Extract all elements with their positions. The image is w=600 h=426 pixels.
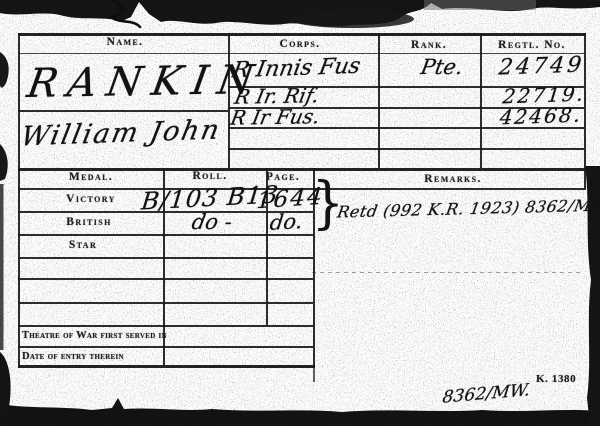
roll-column-header: Roll. (170, 171, 250, 183)
british-roll-value: do - (190, 212, 234, 233)
british-page-value: do. (269, 211, 304, 234)
remarks-column-header: Remarks. (390, 174, 516, 186)
regtl-column-header: Regtl. No. (482, 40, 582, 52)
date-of-entry-label: Date of entry therein (22, 352, 124, 363)
form-code: K. 1380 (536, 374, 576, 385)
footer-reference: 8362/MW. (442, 382, 531, 406)
medal-column-header: Medal. (38, 172, 144, 184)
corps-value-1: R Innis Fus (231, 56, 362, 82)
victory-medal-label: Victory (36, 194, 146, 206)
corps-value-3: R Ir Fus. (229, 106, 322, 128)
regtl-no-value-1: 24749 (498, 55, 586, 80)
theatre-of-war-label: Theatre of War first served in (22, 331, 167, 342)
regtl-no-value-3: 42468. (499, 105, 583, 128)
british-medal-label: British (36, 217, 142, 229)
name-column-header: Name. (58, 37, 192, 49)
rank-value-1: Pte. (419, 57, 464, 78)
rank-column-header: Rank. (380, 40, 478, 52)
star-medal-label: Star (30, 240, 136, 252)
card-content: Name. Corps. Rank. Regtl. No. RANKIN Wil… (0, 0, 600, 426)
remarks-note: Retd (992 K.R. 1923) 8362/MW (336, 197, 600, 220)
forenames-value: William John (19, 117, 224, 151)
medal-index-card: Name. Corps. Rank. Regtl. No. RANKIN Wil… (0, 0, 600, 426)
corps-column-header: Corps. (250, 39, 350, 51)
